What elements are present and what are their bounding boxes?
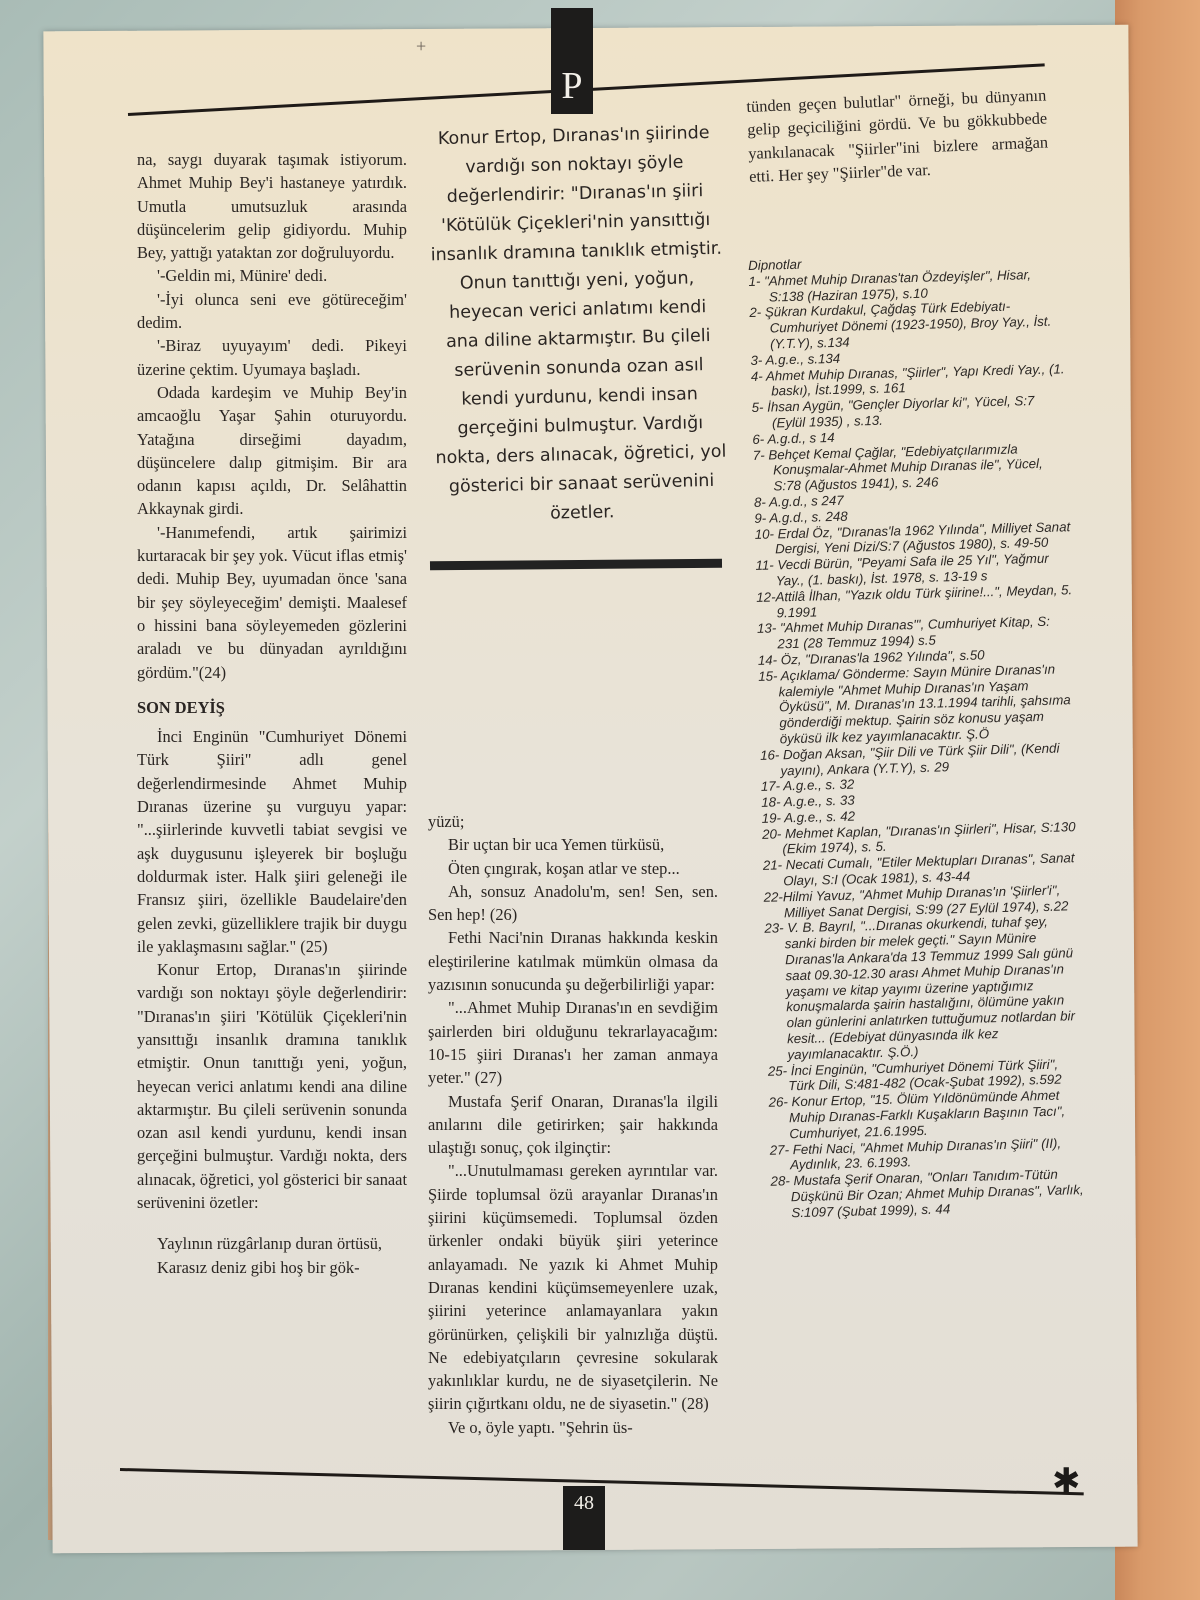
footnote: 28- Mustafa Şerif Onaran, "Onları Tanıdı…: [770, 1166, 1089, 1221]
column-2: yüzü; Bir uçtan bir uca Yemen türküsü, Ö…: [428, 810, 718, 1439]
paragraph: Fethi Naci'nin Dıranas hakkında keskin e…: [428, 926, 718, 996]
paragraph: tünden geçen bulutlar" örneği, bu dünyan…: [746, 83, 1049, 188]
paragraph: na, saygı duyarak taşımak istiyorum. Ahm…: [137, 148, 407, 264]
pencil-mark: +: [416, 36, 426, 57]
footnote: 7- Behçet Kemal Çağlar, "Edebiyatçılarım…: [753, 440, 1072, 495]
paragraph: '-Geldin mi, Münire' dedi.: [137, 264, 407, 287]
paragraph: Ve o, öyle yaptı. "Şehrin üs-: [428, 1416, 718, 1439]
footnote: 26- Konur Ertop, "15. Ölüm Yıldönümünde …: [768, 1087, 1087, 1142]
poem-line: yüzü;: [428, 810, 718, 833]
section-heading: SON DEYİŞ: [137, 696, 407, 719]
poem-line: Bir uçtan bir uca Yemen türküsü,: [428, 833, 718, 856]
paragraph: Mustafa Şerif Onaran, Dıranas'la ilgili …: [428, 1090, 718, 1160]
paragraph: '-İyi olunca seni eve götüreceğim' dedim…: [137, 288, 407, 335]
paragraph: Odada kardeşim ve Muhip Bey'in amcaoğlu …: [137, 381, 407, 521]
quote-paragraph: "...Ahmet Muhip Dıranas'ın en sevdiğim ş…: [428, 996, 718, 1089]
section-letter: P: [561, 64, 582, 108]
section-tab: P: [551, 8, 593, 114]
footnotes: Dipnotlar 1- "Ahmet Muhip Dıranas'tan Öz…: [748, 250, 1089, 1221]
poem-line: Yaylının rüzgârlanıp duran örtüsü,: [137, 1232, 407, 1255]
page-number: 48: [563, 1486, 605, 1550]
poem-line: Öten çıngırak, koşan atlar ve step...: [428, 857, 718, 880]
footnote: 2- Şükran Kurdakul, Çağdaş Türk Edebiyat…: [749, 298, 1068, 353]
paragraph: '-Biraz uyuyayım' dedi. Pikeyi üzerine ç…: [137, 334, 407, 381]
column-1: na, saygı duyarak taşımak istiyorum. Ahm…: [137, 148, 407, 1279]
paragraph: İnci Enginün "Cumhuriyet Dönemi Türk Şii…: [137, 725, 407, 958]
poem-line: Ah, sonsuz Anadolu'm, sen! Sen, sen. Sen…: [428, 880, 718, 927]
paragraph: '-Hanımefendi, artık şairimizi kurtaraca…: [137, 521, 407, 684]
column-3: tünden geçen bulutlar" örneği, bu dünyan…: [746, 83, 1049, 188]
pull-quote: Konur Ertop, Dıranas'ın şiirinde vardığı…: [427, 119, 728, 532]
footnote: 23- V. B. Bayrıl, "...Dıranas okurkendi,…: [764, 914, 1085, 1064]
paragraph: Konur Ertop, Dıranas'ın şiirinde vardığı…: [137, 958, 407, 1214]
poem-line: Karasız deniz gibi hoş bir gök-: [137, 1256, 407, 1279]
quote-paragraph: "...Unutulmaması gereken ayrıntılar var.…: [428, 1159, 718, 1415]
footnote: 15- Açıklama/ Gönderme: Sayın Münire Dır…: [758, 661, 1078, 748]
